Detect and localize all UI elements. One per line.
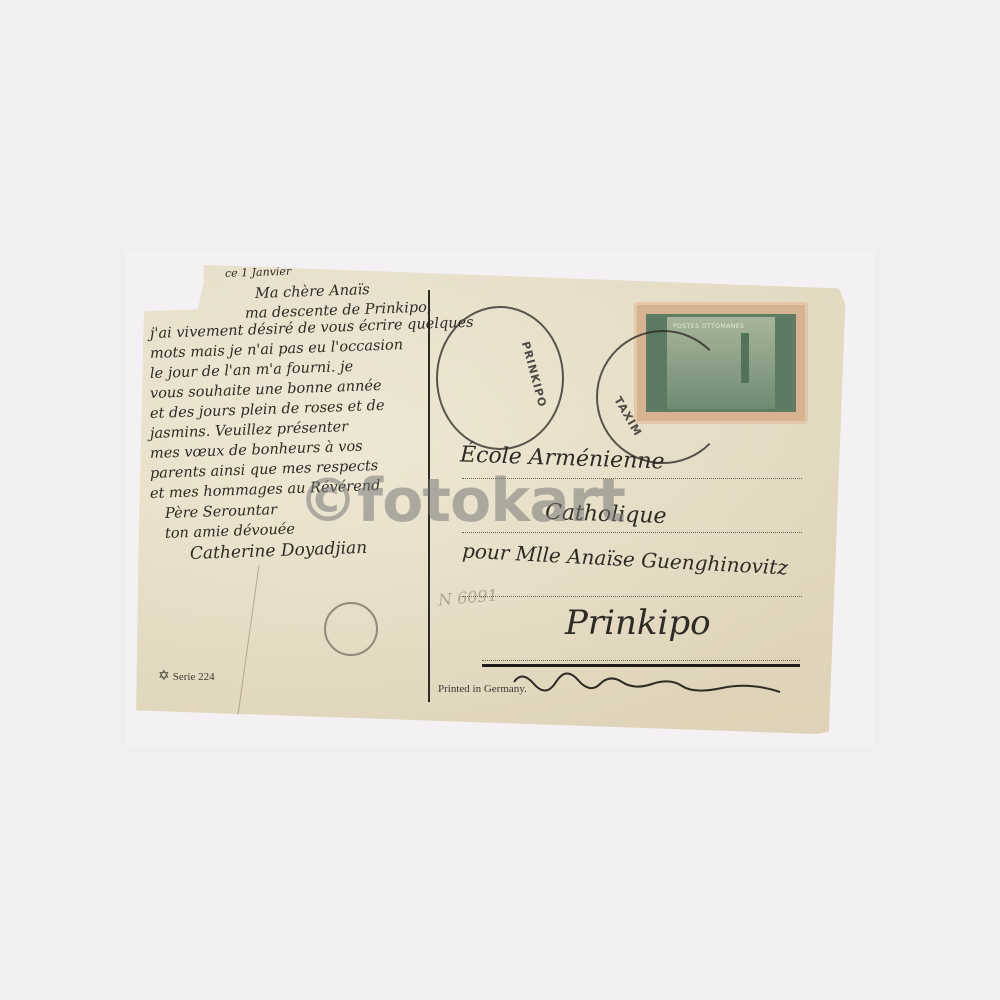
address-line <box>482 660 800 661</box>
address-line <box>462 596 802 597</box>
address-city: Prinkipo <box>565 612 711 634</box>
postmark-small <box>324 602 378 656</box>
stamp-label: POSTES OTTOMANES <box>673 323 744 330</box>
star-of-david-icon: ✡ <box>158 668 170 685</box>
postmark-text: TAXIM <box>611 394 644 438</box>
stamp-right-ornament <box>775 317 793 409</box>
series-label: ✡ Serie 224 <box>158 668 215 685</box>
printed-in-germany: Printed in Germany. <box>438 683 527 695</box>
city-underline <box>482 664 800 667</box>
postmark-text: PRINKIPO <box>519 340 549 409</box>
stamp-tower-icon <box>741 333 749 383</box>
watermark: ©fotokart <box>298 466 625 536</box>
flourish-scribble <box>512 668 782 696</box>
postmark-taxim: TAXIM <box>596 330 730 464</box>
series-text: Serie 224 <box>173 671 215 683</box>
postmark-prinkipo: PRINKIPO <box>436 306 564 450</box>
